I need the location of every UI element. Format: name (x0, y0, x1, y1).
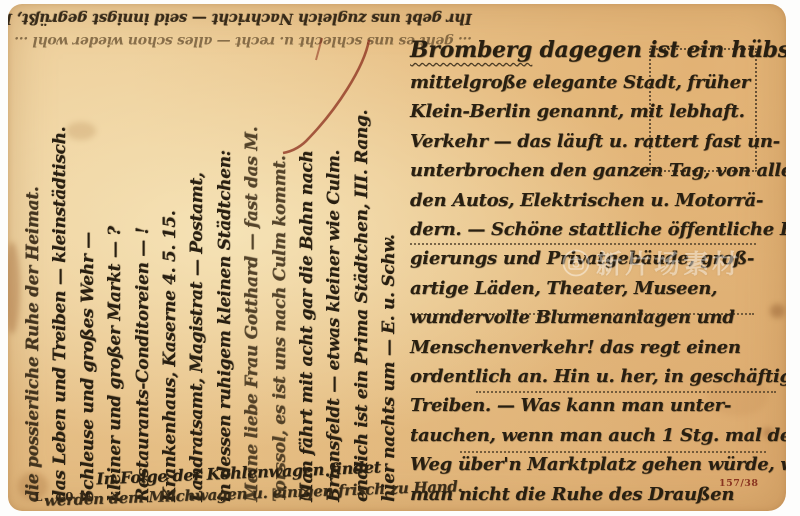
handwriting-line: Schleuse und großes Wehr — (75, 50, 102, 502)
handwriting-line: kleiner und großer Markt — ? (102, 50, 129, 502)
left-sideways-message: die possierliche Ruhe der Heimat. das Le… (20, 50, 404, 502)
plate-number: 157/38 (719, 478, 759, 489)
handwriting-line: Treiben. — Was kann man unter- (410, 391, 786, 420)
handwriting-line: Man fährt mit acht gar die Bahn nach (294, 50, 321, 502)
handwriting-line: in dessen ruhigem kleinen Städtchen: (212, 50, 239, 502)
handwriting-line: die possierliche Ruhe der Heimat. (20, 50, 47, 502)
handwriting-line: … geht es uns schlecht u. recht — alles … (20, 30, 472, 52)
handwriting-line: Krankenhaus, Kaserne 4. 5. 15. (157, 50, 184, 502)
handwriting-line: gierungs und Privatgebäude, groß- (410, 244, 786, 273)
handwriting-line: hier nachts um — E. u. Schw. (376, 50, 403, 502)
handwriting-line: Meine liebe Frau Gotthard — fast das M. (239, 50, 266, 502)
handwriting-line: wundervolle Blumenanlagen und (410, 303, 786, 332)
handwriting-line: endlich ist ein Prima Städtchen, III. Ra… (349, 50, 376, 502)
postcard: … geht es uns schlecht u. recht — alles … (8, 4, 786, 511)
top-margin-writing: … geht es uns schlecht u. recht — alles … (20, 6, 472, 52)
handwriting-line: artige Läden, Theater, Museen, (410, 274, 786, 303)
handwriting-line: den Autos, Elektrischen u. Motorrä- (410, 186, 786, 215)
underlined-place-name: Bromberg (410, 37, 532, 63)
handwriting-line: unterbrochen den ganzen Tag, von alle (410, 156, 786, 185)
handwriting-line: dern. — Schöne stattliche öffentliche Re… (410, 215, 786, 244)
handwriting-line: Restaurants-Conditoreien — ! (130, 50, 157, 502)
handwriting-line: Torssol, es ist uns nach Culm kommt. (267, 50, 294, 502)
handwriting-line: Bromberg dagegen ist ein hübsche (410, 32, 786, 68)
handwriting-line: Verkehr — das läuft u. rattert fast un- (410, 127, 786, 156)
handwriting-line: mittelgroße elegante Stadt, früher (410, 68, 786, 97)
handwriting-line: Briensfeldt — etwas kleiner wie Culm. (321, 50, 348, 502)
handwriting-line: ordentlich an. Hin u. her, in geschäftig… (410, 362, 786, 391)
printer-mark-bottom-left: L. 10 N (34, 490, 93, 504)
handwriting-line: Klein-Berlin genannt, mit lebhaft. (410, 97, 786, 126)
handwriting-text: dagegen ist ein hübsche (532, 37, 786, 63)
handwriting-line: Menschenverkehr! das regt einen (410, 333, 786, 362)
handwriting-line: Ihr gebt uns zugleich Nachricht — seid i… (20, 8, 472, 30)
handwriting-line: das Leben und Treiben — kleinstädtisch. (47, 50, 74, 502)
handwriting-line: Landratsamt, Magistrat — Postamt, (184, 50, 211, 502)
main-message: Bromberg dagegen ist ein hübsche mittelg… (410, 32, 786, 509)
paper-stain (8, 242, 20, 334)
